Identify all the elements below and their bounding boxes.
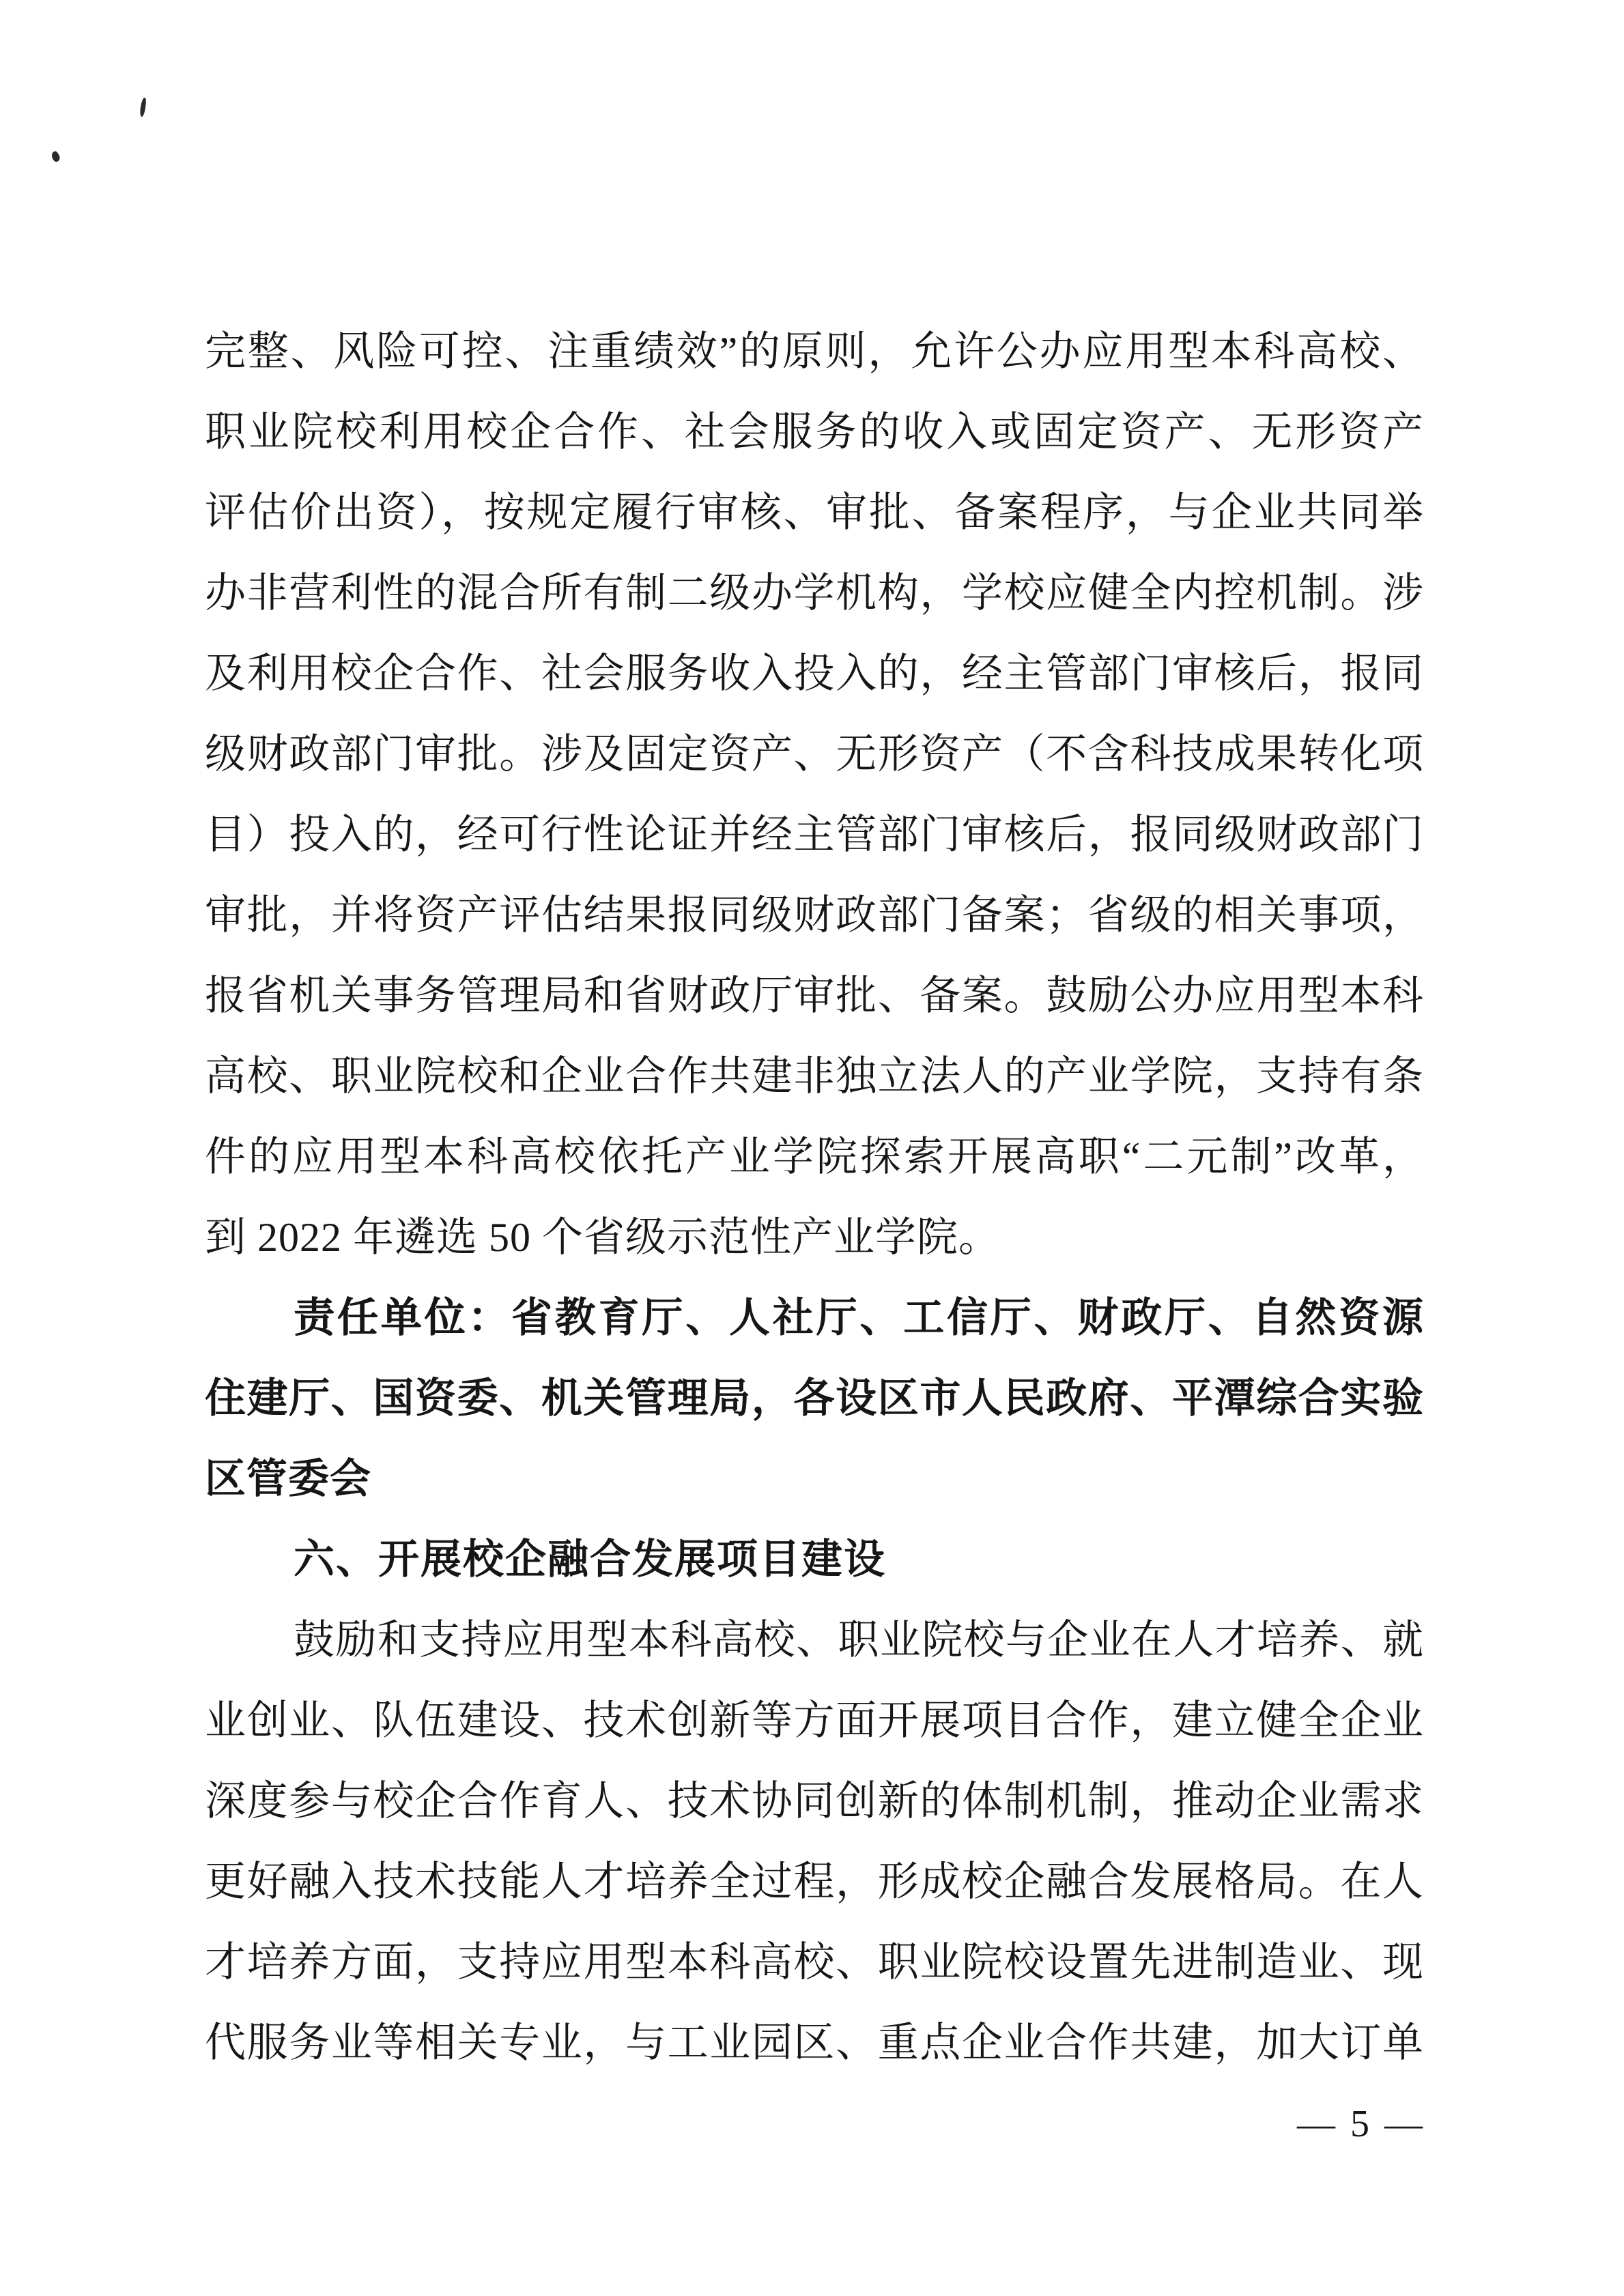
doc-line: 鼓励和支持应用型本科高校、职业院校与企业在人才培养、就	[205, 1600, 1424, 1680]
doc-line: 完整、风险可控、注重绩效”的原则，允许公办应用型本科高校、	[205, 311, 1424, 392]
document-body: 完整、风险可控、注重绩效”的原则，允许公办应用型本科高校、 职业院校利用校企合作…	[205, 311, 1424, 2083]
doc-line: 责任单位：省教育厅、人社厅、工信厅、财政厅、自然资源厅、	[205, 1278, 1424, 1358]
doc-line: 级财政部门审批。涉及固定资产、无形资产（不含科技成果转化项	[205, 714, 1424, 794]
paragraph-continuation: 完整、风险可控、注重绩效”的原则，允许公办应用型本科高校、 职业院校利用校企合作…	[205, 311, 1424, 1278]
section-heading: 六、开展校企融合发展项目建设	[205, 1519, 1424, 1600]
doc-line: 目）投入的，经可行性论证并经主管部门审核后，报同级财政部门	[205, 794, 1424, 875]
doc-line: 到 2022 年遴选 50 个省级示范性产业学院。	[205, 1197, 1424, 1278]
doc-line: 高校、职业院校和企业合作共建非独立法人的产业学院，支持有条	[205, 1036, 1424, 1117]
doc-line: 更好融入技术技能人才培养全过程，形成校企融合发展格局。在人	[205, 1841, 1424, 1922]
doc-line: 办非营利性的混合所有制二级办学机构，学校应健全内控机制。涉	[205, 553, 1424, 633]
doc-line: 及利用校企合作、社会服务收入投入的，经主管部门审核后，报同	[205, 633, 1424, 714]
ink-speck-icon	[50, 150, 62, 163]
doc-line: 才培养方面，支持应用型本科高校、职业院校设置先进制造业、现	[205, 1922, 1424, 2003]
doc-line: 件的应用型本科高校依托产业学院探索开展高职“二元制”改革，	[205, 1117, 1424, 1197]
doc-line: 深度参与校企合作育人、技术协同创新的体制机制，推动企业需求	[205, 1761, 1424, 1841]
doc-line: 报省机关事务管理局和省财政厅审批、备案。鼓励公办应用型本科	[205, 956, 1424, 1036]
doc-line: 区管委会	[205, 1439, 1424, 1519]
doc-line: 业创业、队伍建设、技术创新等方面开展项目合作，建立健全企业	[205, 1680, 1424, 1761]
document-page: 完整、风险可控、注重绩效”的原则，允许公办应用型本科高校、 职业院校利用校企合作…	[0, 0, 1624, 2296]
doc-line: 审批，并将资产评估结果报同级财政部门备案；省级的相关事项，	[205, 875, 1424, 956]
ink-speck-icon	[139, 98, 147, 117]
page-number: — 5 —	[1297, 2104, 1425, 2144]
responsibility-label: 责任单位：	[294, 1295, 511, 1340]
paragraph-responsibility-units: 责任单位：省教育厅、人社厅、工信厅、财政厅、自然资源厅、 住建厅、国资委、机关管…	[205, 1278, 1424, 1519]
doc-line: 住建厅、国资委、机关管理局，各设区市人民政府、平潭综合实验	[205, 1358, 1424, 1439]
paragraph-section-six: 鼓励和支持应用型本科高校、职业院校与企业在人才培养、就 业创业、队伍建设、技术创…	[205, 1600, 1424, 2083]
doc-line: 职业院校利用校企合作、社会服务的收入或固定资产、无形资产（以	[205, 392, 1424, 472]
doc-line: 代服务业等相关专业，与工业园区、重点企业合作共建，加大订单	[205, 2003, 1424, 2083]
doc-line: 评估价出资），按规定履行审核、审批、备案程序，与企业共同举	[205, 472, 1424, 553]
